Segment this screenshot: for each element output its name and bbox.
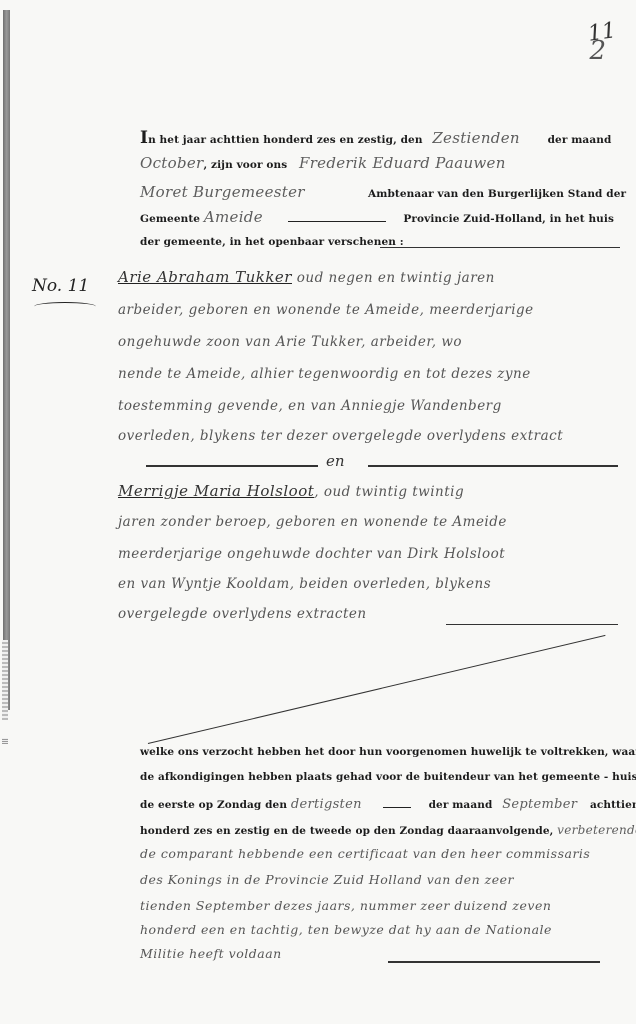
brace-underline [34,302,96,311]
handwritten-text: oud negen en twintig jaren [292,270,495,286]
handwritten-title: Moret Burgemeester [140,183,368,201]
fill-line [388,961,600,963]
document-page: 11 2 In het jaar achttien honderd zes en… [0,0,636,1024]
annotation-line-4: honderd een en tachtig, ten bewyze dat h… [140,922,552,937]
groom-name: Arie Abraham Tukker [118,268,292,286]
handwritten-month: September [502,797,586,812]
printed-text: n het jaar achttien honderd zes en zesti… [148,134,423,146]
printed-text: Gemeente [140,213,200,225]
handwritten-day: dertigsten [291,797,383,812]
body-line-2: de afkondigingen hebben plaats gehad voo… [140,771,606,783]
annotation-line-1: de comparant hebbende een certificaat va… [140,846,590,861]
printed-text: der gemeente, in het openbaar verschenen… [140,236,404,248]
body-line-3: de eerste op Zondag den dertigsten der m… [140,797,606,812]
bride-line-2: jaren zonder beroep, geboren en wonende … [118,514,507,530]
printed-text: der maand [548,134,612,146]
header-line-4: Gemeente Ameide Provincie Zuid-Holland, … [140,208,606,226]
handwritten-day: Zestienden [432,129,520,147]
header-line-2: October, zijn voor ons Frederik Eduard P… [140,154,606,172]
printed-text: achttien [590,799,636,811]
scan-edge-marks [2,640,8,720]
printed-text: Ambtenaar van den Burgerlijken Stand der [368,188,626,200]
diagonal-void-line [148,635,606,744]
header-line-1: In het jaar achttien honderd zes en zest… [140,128,606,148]
body-line-4: honderd zes en zestig en de tweede op de… [140,823,606,837]
fill-line [383,807,411,808]
annotation-line-3: tienden September dezes jaars, nummer ze… [140,898,551,913]
bride-line-4: en van Wyntje Kooldam, beiden overleden,… [118,576,491,592]
printed-text: de eerste op Zondag den [140,799,287,811]
body-line-1: welke ons verzocht hebben het door hun v… [140,746,606,758]
printed-text: Provincie Zuid-Holland, in het huis [403,213,614,225]
handwritten-municipality: Ameide [204,208,284,226]
handwritten-month: October [140,154,204,172]
header-line-3: Moret BurgemeesterAmbtenaar van den Burg… [140,183,606,201]
groom-line-3: ongehuwde zoon van Arie Tukker, arbeider… [118,334,462,350]
bride-line-3: meerderjarige ongehuwde dochter van Dirk… [118,546,505,562]
groom-line-5: toestemming gevende, en van Anniegje Wan… [118,398,502,414]
groom-line-4: nende te Ameide, alhier tegenwoordig en … [118,366,531,382]
printed-text: , zijn voor ons [204,159,288,171]
folio-sub-number: 2 [589,36,606,66]
handwritten-text: , oud twintig twintig [314,484,464,500]
bride-name: Merrigje Maria Holsloot [118,482,314,500]
separator-right [368,465,618,467]
groom-line-6: overleden, blykens ter dezer overgelegde… [118,428,563,444]
binding-spine [3,10,10,710]
fill-line [288,221,386,222]
fill-line [446,624,618,625]
separator-left [146,465,318,467]
printed-text: der maand [429,799,493,811]
printed-text: honderd zes en zestig en de tweede op de… [140,825,553,837]
record-number: No. 11 [32,276,89,296]
groom-line-2: arbeider, geboren en wonende te Ameide, … [118,302,534,318]
handwritten-official-name: Frederik Eduard Paauwen [299,154,506,172]
scan-edge-mark [2,738,8,744]
fill-line [380,247,620,248]
bride-line-1: Merrigje Maria Holsloot, oud twintig twi… [118,482,464,500]
handwritten-text: verbeterende [557,823,636,837]
annotation-line-2: des Konings in de Provincie Zuid Holland… [140,872,514,887]
drop-cap: I [140,128,148,148]
groom-line-1: Arie Abraham Tukker oud negen en twintig… [118,268,495,286]
conjunction-en: en [326,452,345,470]
annotation-line-5: Militie heeft voldaan [140,946,282,961]
bride-line-5: overgelegde overlydens extracten [118,606,367,622]
